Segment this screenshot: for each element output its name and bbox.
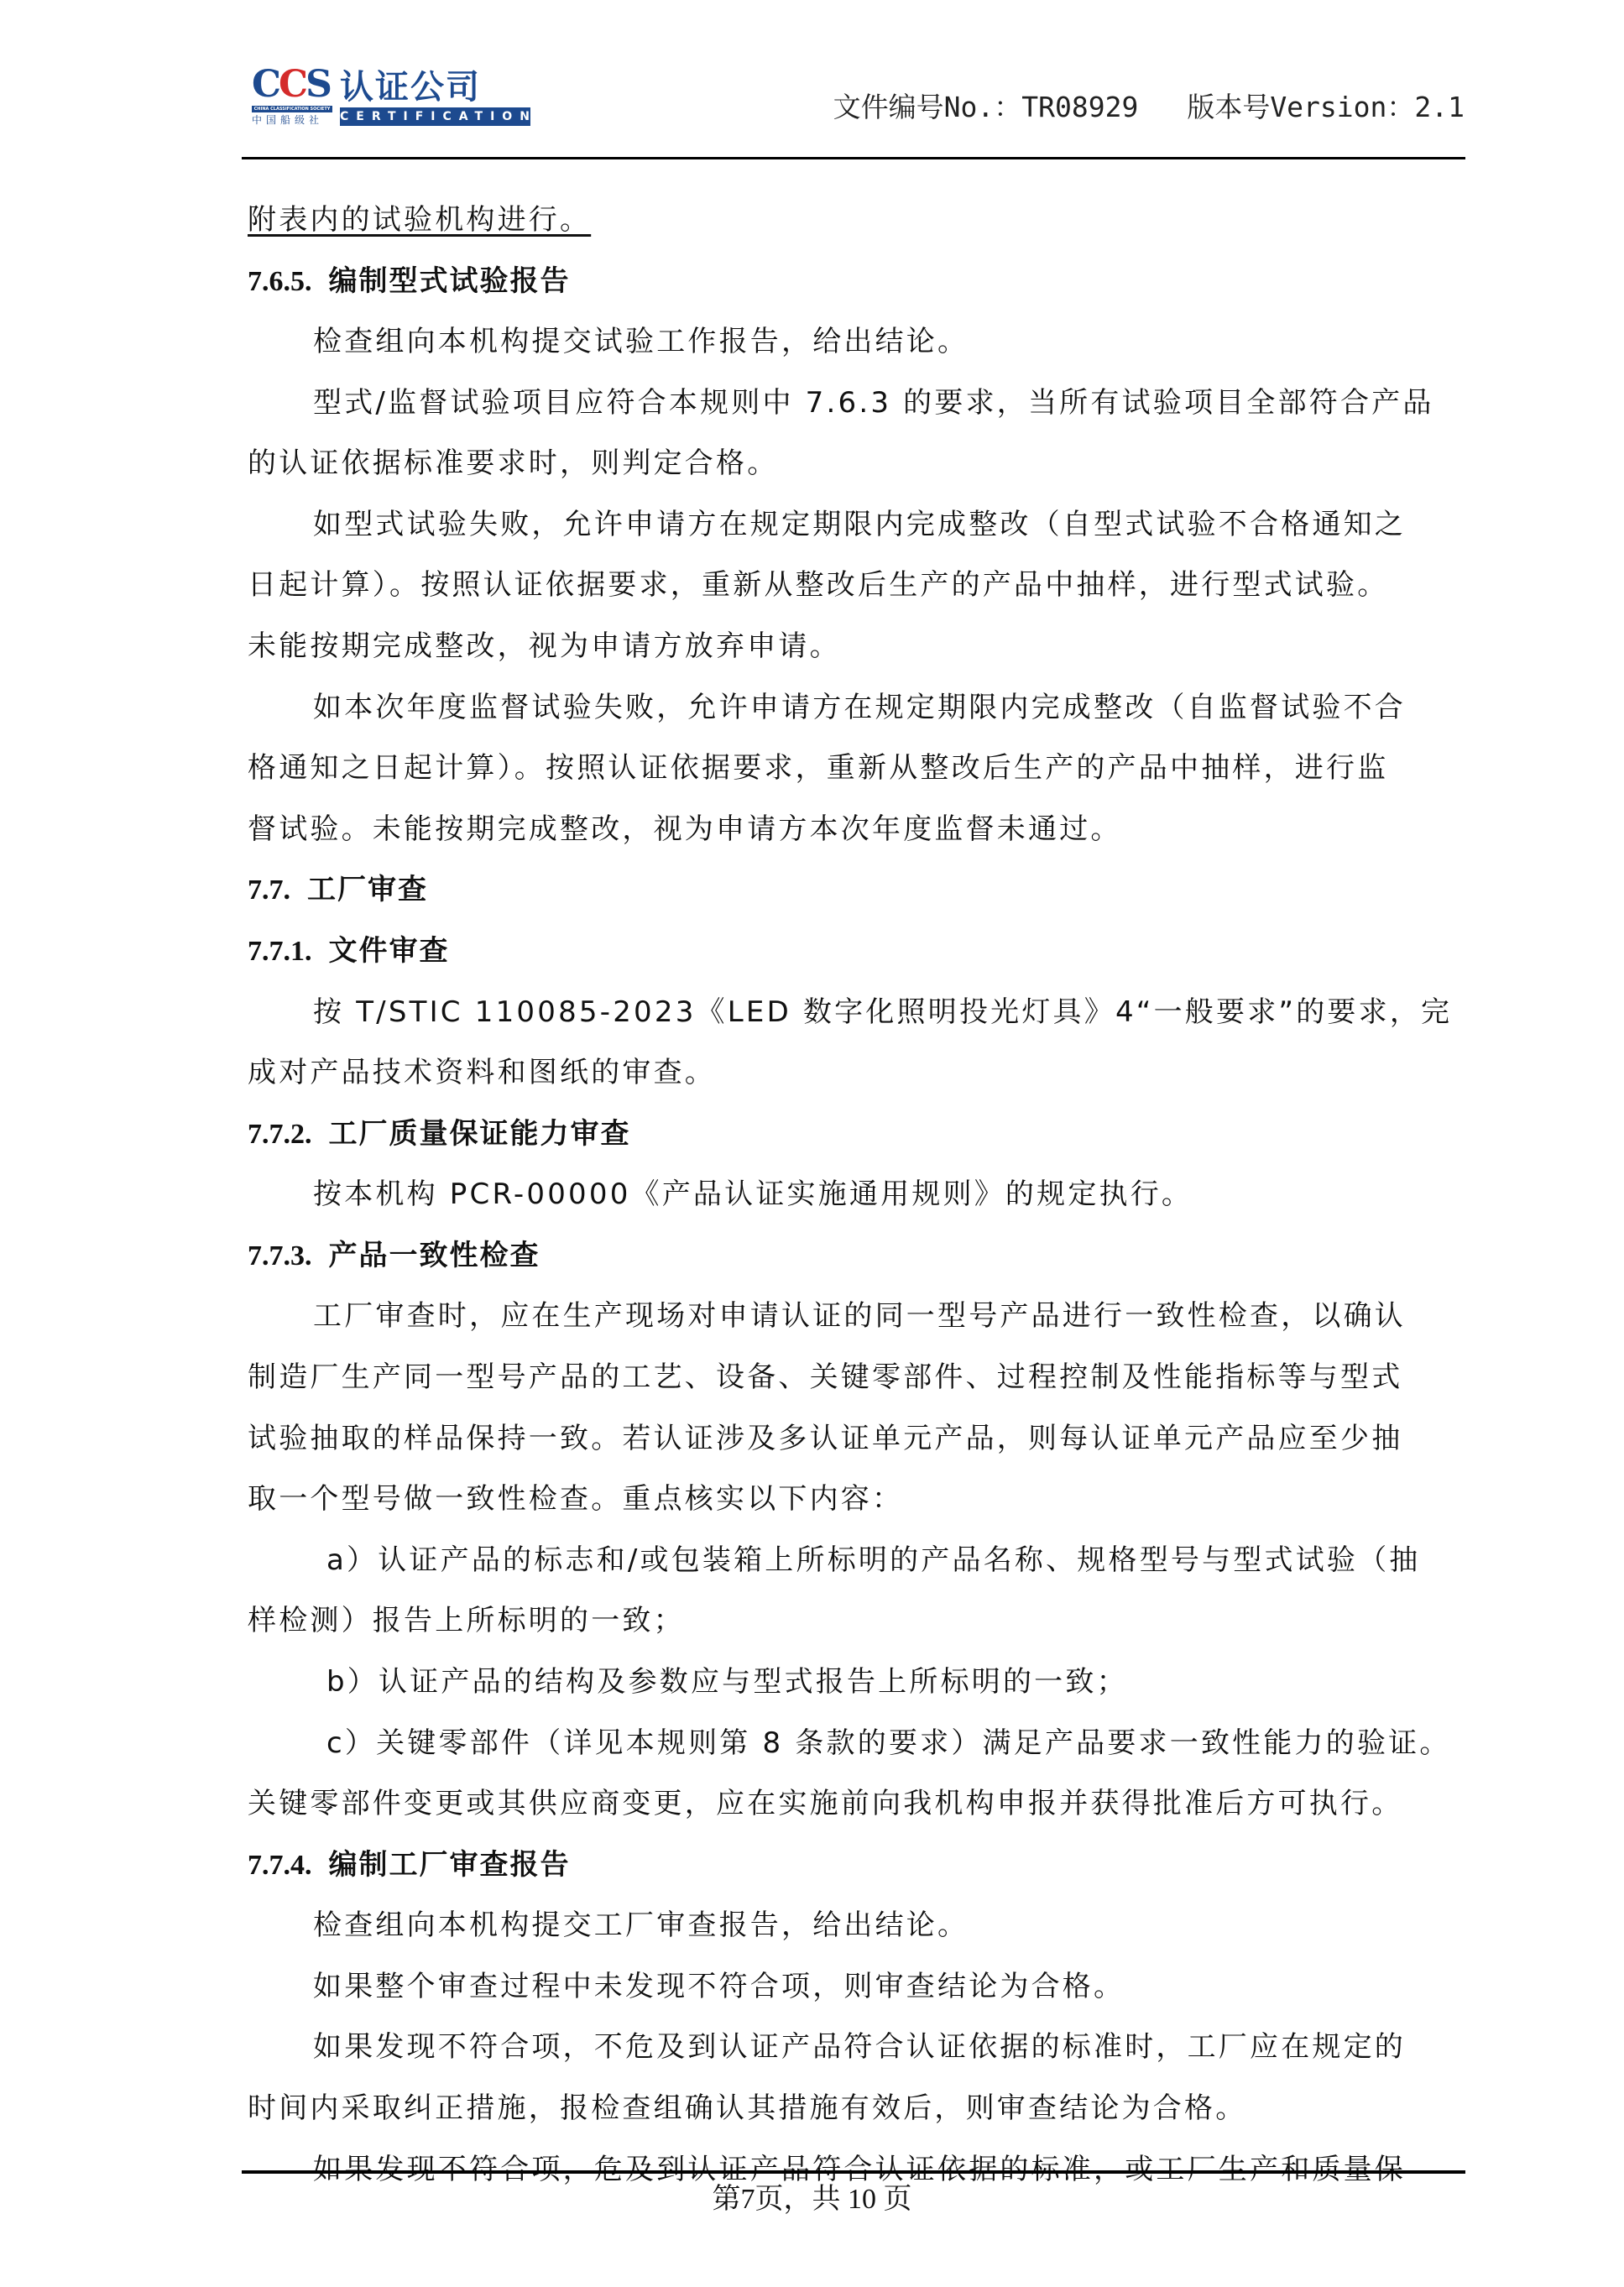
header-divider [242, 157, 1465, 159]
text-line: 取一个型号做一致性检查。重点核实以下内容： [248, 1480, 903, 1517]
paragraph-line: 按 T/STIC 110085-2023《LED 数字化照明投光灯具》4“一般要… [313, 994, 1452, 1031]
section-title: 文件审查 [329, 934, 450, 968]
paragraph-line: 如果整个审查过程中未发现不符合项，则审查结论为合格。 [313, 1968, 1125, 2005]
text-line: 制造厂生产同一型号产品的工艺、设备、关键零部件、过程控制及性能指标等与型式 [248, 1359, 1402, 1396]
section-title: 编制型式试验报告 [329, 264, 571, 298]
paragraph-line: 如本次年度监督试验失败，允许申请方在规定期限内完成整改（自监督试验不合 [313, 689, 1406, 726]
section-number: 7.7.1. [248, 933, 312, 970]
section-heading-7-7-3: 7.7.3.产品一致性检查 [248, 1237, 540, 1275]
text-line: 督试验。未能按期完成整改，视为申请方本次年度监督未通过。 [248, 811, 1122, 848]
list-item-b: b）认证产品的结构及参数应与型式报告上所标明的一致； [326, 1663, 1128, 1700]
text-line: 附表内的试验机构进行。 [248, 201, 591, 238]
paragraph-line: 型式/监督试验项目应符合本规则中 7.6.3 的要求，当所有试验项目全部符合产品 [313, 384, 1434, 421]
version-label: 版本号Version： [1187, 91, 1414, 123]
footer-divider [242, 2170, 1465, 2174]
text-line: 关键零部件变更或其供应商变更，应在实施前向我机构申报并获得批准后方可执行。 [248, 1785, 1402, 1822]
logo-company-cn: 认证公司 [340, 67, 481, 107]
version-number: 2.1 [1414, 91, 1465, 123]
text-line: 未能按期完成整改，视为申请方放弃申请。 [248, 628, 841, 665]
section-number: 7.7.4. [248, 1847, 312, 1884]
text-line: 时间内采取纠正措施，报检查组确认其措施有效后，则审查结论为合格。 [248, 2090, 1246, 2127]
section-heading-7-7-4: 7.7.4.编制工厂审查报告 [248, 1846, 571, 1884]
section-heading-7-7-1: 7.7.1.文件审查 [248, 932, 450, 970]
section-number: 7.7.2. [248, 1116, 312, 1153]
paragraph-line: 工厂审查时，应在生产现场对申请认证的同一型号产品进行一致性检查，以确认 [313, 1298, 1406, 1334]
logo-society-text: CHINA CLASSIFICATION SOCIETY [252, 106, 332, 112]
list-item-a: a）认证产品的标志和/或包装箱上所标明的产品名称、规格型号与型式试验（抽 [326, 1542, 1421, 1579]
page-number: 第7页，共 10 页 [0, 2182, 1624, 2217]
section-heading-7-7: 7.7.工厂审查 [248, 871, 428, 909]
section-number: 7.7.3. [248, 1238, 312, 1275]
logo-certification-bar: CERTIFICATION [340, 107, 530, 126]
logo-ccs-mark: CCS [252, 65, 332, 104]
doc-number-label: 文件编号No.： [833, 91, 1022, 123]
paragraph-line: 检查组向本机构提交工厂审查报告，给出结论。 [313, 1907, 969, 1944]
section-heading-7-7-2: 7.7.2.工厂质量保证能力审查 [248, 1115, 631, 1153]
paragraph-line: 检查组向本机构提交试验工作报告，给出结论。 [313, 323, 969, 360]
document-info: 文件编号No.：TR08929版本号Version：2.1 [833, 91, 1465, 124]
text-line: 试验抽取的样品保持一致。若认证涉及多认证单元产品，则每认证单元产品应至少抽 [248, 1420, 1402, 1457]
section-title: 编制工厂审查报告 [329, 1848, 571, 1882]
text-line: 样检测）报告上所标明的一致； [248, 1602, 685, 1639]
text-line: 的认证依据标准要求时，则判定合格。 [248, 445, 778, 482]
paragraph-line: 按本机构 PCR-00000《产品认证实施通用规则》的规定执行。 [313, 1176, 1193, 1213]
paragraph-line: 如型式试验失败，允许申请方在规定期限内完成整改（自型式试验不合格通知之 [313, 506, 1406, 543]
section-number: 7.6.5. [248, 264, 312, 300]
ccs-certification-logo: CCS CHINA CLASSIFICATION SOCIETY 中国船级社 认… [252, 65, 546, 133]
doc-number: TR08929 [1021, 91, 1138, 123]
text-line: 成对产品技术资料和图纸的审查。 [248, 1054, 716, 1091]
section-number: 7.7. [248, 872, 290, 909]
section-title: 产品一致性检查 [329, 1239, 540, 1272]
paragraph-line: 如果发现不符合项，不危及到认证产品符合认证依据的标准时，工厂应在规定的 [313, 2029, 1406, 2065]
list-item-c: c）关键零部件（详见本规则第 8 条款的要求）满足产品要求一致性能力的验证。 [326, 1725, 1451, 1762]
text-line: 日起计算）。按照认证依据要求，重新从整改后生产的产品中抽样，进行型式试验。 [248, 567, 1388, 603]
section-title: 工厂审查 [307, 873, 428, 906]
section-title: 工厂质量保证能力审查 [329, 1117, 631, 1151]
text-line: 格通知之日起计算）。按照认证依据要求，重新从整改后生产的产品中抽样，进行监 [248, 749, 1388, 786]
logo-society-cn: 中国船级社 [252, 114, 332, 126]
document-page: CCS CHINA CLASSIFICATION SOCIETY 中国船级社 认… [0, 0, 1624, 2287]
section-heading-7-6-5: 7.6.5.编制型式试验报告 [248, 263, 571, 300]
